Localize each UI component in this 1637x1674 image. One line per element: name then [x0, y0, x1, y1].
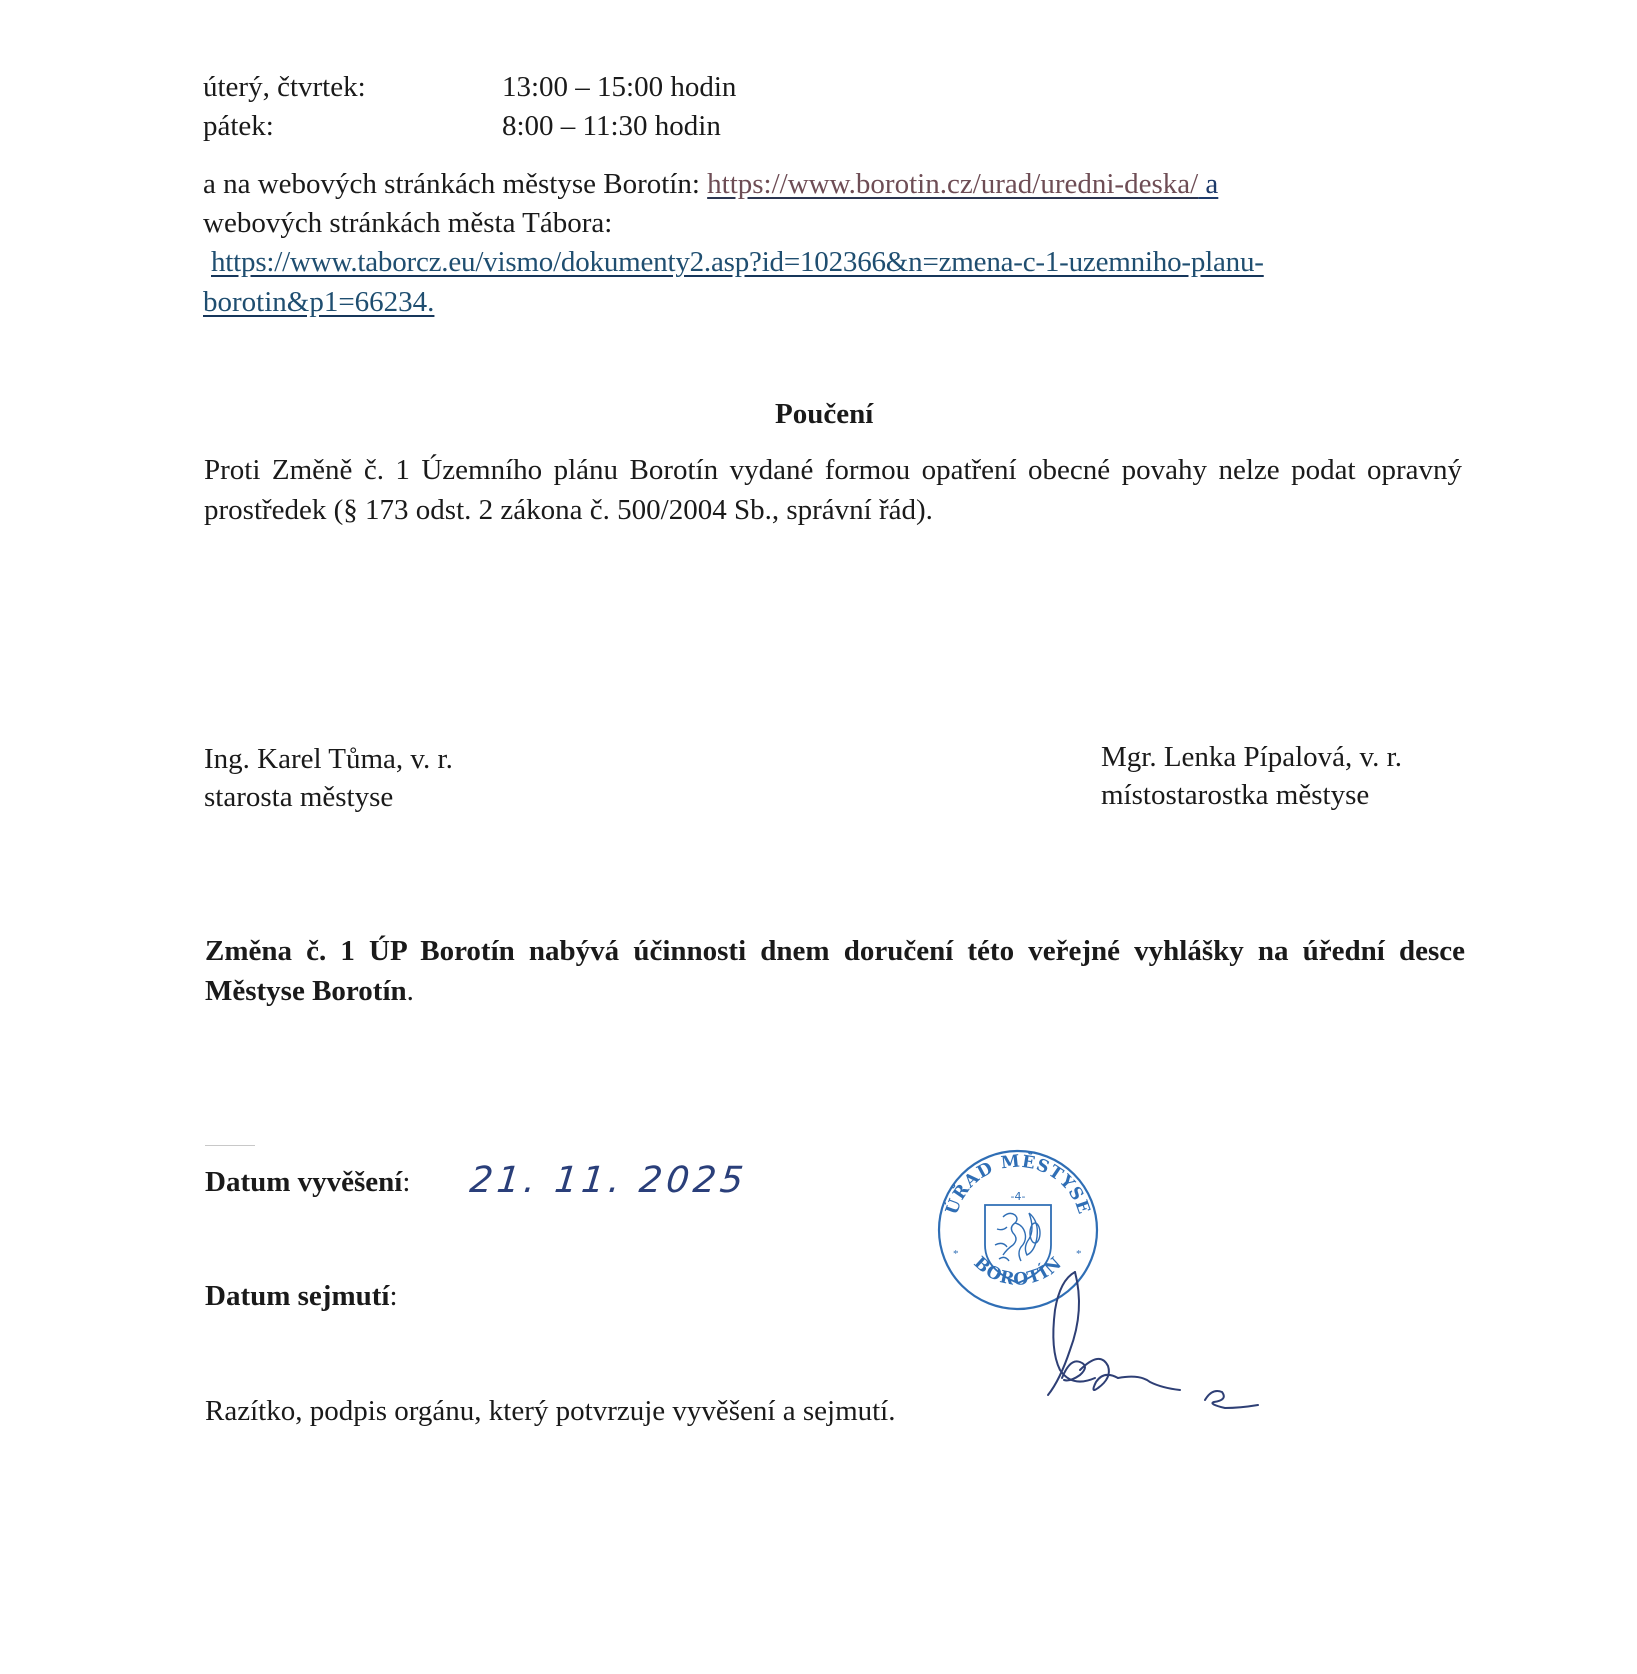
- signatory-1-name: Ing. Karel Tůma, v. r.: [204, 745, 453, 774]
- svg-text:*: *: [1076, 1248, 1082, 1260]
- web-line-1-prefix: a na webových stránkách městyse Borotín:: [203, 168, 707, 200]
- effect-statement: Změna č. 1 ÚP Borotín nabývá účinnosti d…: [205, 931, 1465, 1011]
- link-tabor-continued[interactable]: borotin&p1=66234.: [203, 286, 434, 318]
- signatory-1-role: starosta městyse: [204, 783, 393, 812]
- hours-days-1: úterý, čtvrtek:: [203, 73, 366, 102]
- web-line-1-suffix: a: [1198, 168, 1218, 200]
- web-line-2: webových stránkách města Tábora:: [203, 209, 612, 238]
- link-tabor-line-1[interactable]: https://www.taborcz.eu/vismo/dokumenty2.…: [211, 248, 1264, 277]
- hours-days-2: pátek:: [203, 112, 274, 141]
- handwritten-signature-icon: [1000, 1270, 1280, 1440]
- stamp-top-text: ÚŘAD MĚSTYSE: [941, 1151, 1094, 1217]
- svg-text:ÚŘAD MĚSTYSE: ÚŘAD MĚSTYSE: [941, 1151, 1094, 1217]
- svg-text:*: *: [953, 1248, 959, 1260]
- hours-time-2: 8:00 – 11:30 hodin: [502, 112, 721, 141]
- lion-icon: [995, 1213, 1040, 1261]
- link-tabor-line-2[interactable]: borotin&p1=66234.: [203, 288, 434, 317]
- web-line-1: a na webových stránkách městyse Borotín:…: [203, 170, 1218, 199]
- effect-statement-tail: .: [407, 975, 414, 1007]
- scan-mark: [205, 1145, 255, 1146]
- signatory-2-role: místostarostka městyse: [1101, 781, 1369, 810]
- stamp-number: -4-: [1011, 1190, 1026, 1203]
- link-tabor[interactable]: https://www.taborcz.eu/vismo/dokumenty2.…: [211, 246, 1264, 278]
- removed-label-line: Datum sejmutí:: [205, 1282, 398, 1311]
- link-borotin[interactable]: https://www.borotin.cz/urad/uredni-deska…: [707, 168, 1198, 200]
- instruction-text: Proti Změně č. 1 Územního plánu Borotín …: [204, 450, 1462, 530]
- instruction-heading: Poučení: [775, 400, 873, 429]
- effect-statement-bold: Změna č. 1 ÚP Borotín nabývá účinnosti d…: [205, 935, 1465, 1007]
- removed-label: Datum sejmutí: [205, 1280, 389, 1312]
- removed-colon: :: [389, 1280, 397, 1312]
- posted-label-line: Datum vyvěšení:: [205, 1168, 410, 1197]
- signatory-2-name: Mgr. Lenka Pípalová, v. r.: [1101, 743, 1402, 772]
- posted-label: Datum vyvěšení: [205, 1166, 402, 1198]
- confirm-text: Razítko, podpis orgánu, který potvrzuje …: [205, 1397, 896, 1426]
- posted-colon: :: [402, 1166, 410, 1198]
- posted-date-handwritten: 21. 11. 2025: [468, 1160, 749, 1201]
- hours-time-1: 13:00 – 15:00 hodin: [502, 73, 736, 102]
